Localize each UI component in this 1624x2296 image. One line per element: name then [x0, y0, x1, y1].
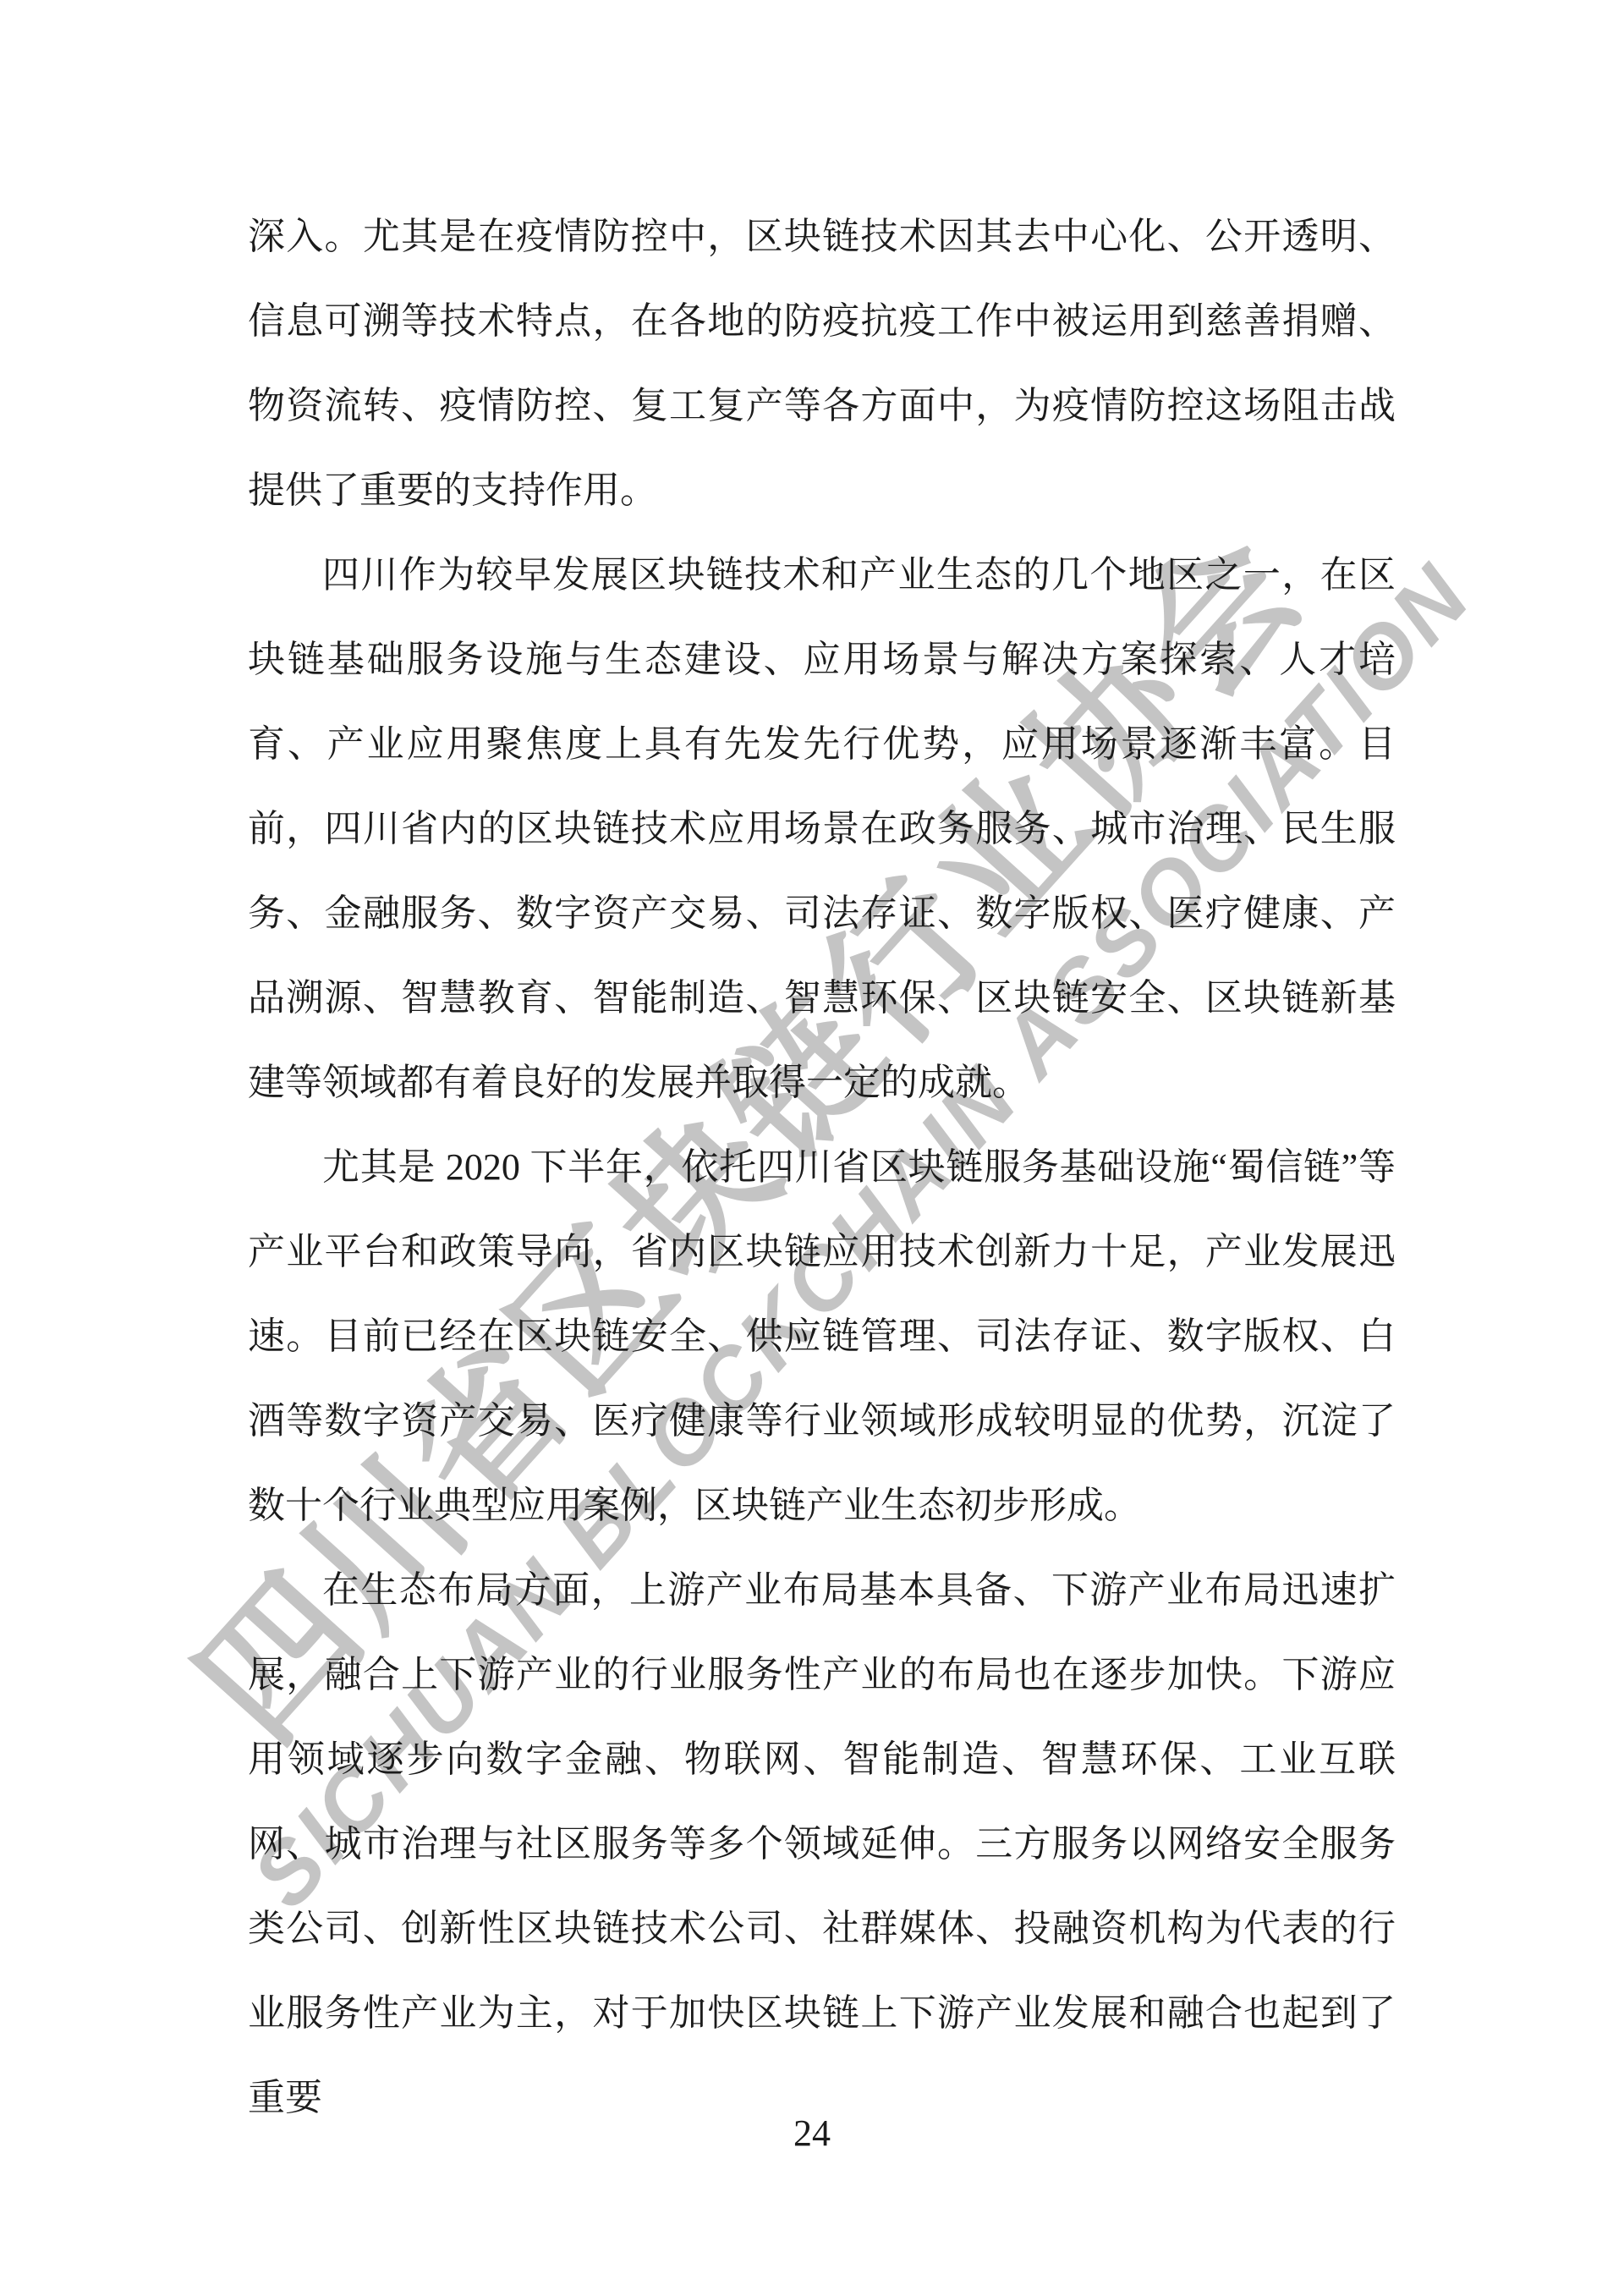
paragraph-1: 深入。尤其是在疫情防控中，区块链技术因其去中心化、公开透明、信息可溯等技术特点，… — [248, 195, 1396, 533]
paragraph-3: 尤其是 2020 下半年，依托四川省区块链服务基础设施“蜀信链”等产业平台和政策… — [248, 1125, 1396, 1548]
page-number: 24 — [0, 2112, 1624, 2155]
page-body-text: 深入。尤其是在疫情防控中，区块链技术因其去中心化、公开透明、信息可溯等技术特点，… — [248, 195, 1396, 2140]
document-page: 四川省区块链行业协会 SICHUAN BLOCKCHAIN ASSOCIATIO… — [0, 0, 1624, 2296]
paragraph-2: 四川作为较早发展区块链技术和产业生态的几个地区之一，在区块链基础服务设施与生态建… — [248, 533, 1396, 1125]
paragraph-4: 在生态布局方面，上游产业布局基本具备、下游产业布局迅速扩展，融合上下游产业的行业… — [248, 1548, 1396, 2140]
